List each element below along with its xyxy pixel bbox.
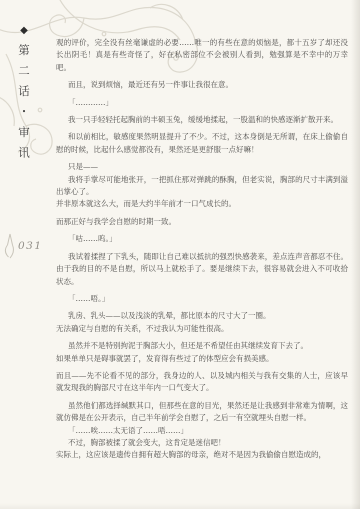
paragraph: 而那正好与我学会自慰的时期一致。 <box>56 216 348 228</box>
scan-edge-shadow <box>351 0 360 509</box>
paragraph: 我将手掌尽可能地张开，一把抓住那对弹跳的酥胸，但老实说，胸部的尺寸丰满到溢出掌心… <box>56 174 348 199</box>
page-number: 031 <box>18 240 43 252</box>
paragraph: 实际上，这应该是遗传自拥有超大胸部的母亲，绝对不是因为我偷偷自慰造成的， <box>56 449 348 461</box>
chapter-sidebar: ◆ 第二话・审讯 <box>17 26 31 167</box>
paragraph: 虽然他们都选择缄默其口，但那些在意的目光，果然还是让我感到非常难为情啊，这就仿佛… <box>56 400 348 425</box>
paragraph: 虽然并不是特别拘泥于胸部大小，但还是不希望任由其继续发育下去了。 <box>56 340 348 352</box>
dialogue-line: 「……唔。」 <box>56 293 348 305</box>
paragraph: 不过，胸部被揉了就会变大，这肯定是迷信吧！ <box>56 437 348 449</box>
paragraph: 无法确定与自慰的有关系，不过我认为可能性很高。 <box>56 323 348 335</box>
paragraph: 我一只手轻轻托起胸前的丰硕玉兔，缓缓地揉起，一股温和的快感逐渐扩散开来。 <box>56 114 348 126</box>
paragraph: 我试着揉捏了下乳头，随即让自己难以抵抗的强烈快感袭来，差点连声音都忍不住。由于我… <box>56 251 348 288</box>
chapter-title-vertical: 第二话・审讯 <box>17 44 31 167</box>
scan-bottom-shadow <box>0 503 360 509</box>
paragraph: 乳房、乳头——以及浅淡的乳晕，都比原本的尺寸大了一圈。 <box>56 310 348 322</box>
paragraph: 只是—— <box>56 161 348 173</box>
paragraph: 而且，说到烦恼，最近还有另一件事让我很在意。 <box>56 79 348 91</box>
page-number-block: 031 <box>3 233 43 259</box>
paragraph: 和以前相比，敏感度果然明显提升了不少。不过，这本身倒是无所谓，在床上偷偷自慰的时… <box>56 131 348 156</box>
novel-text: 观的评价，完全没有丝毫谦虚的必要……唯一的有些在意的烦恼是，都十五岁了却还没长出… <box>56 37 348 462</box>
paragraph: 并非原本就这么大，而是大约半年前才一口气成长的。 <box>56 198 348 210</box>
paragraph: 观的评价，完全没有丝毫谦虚的必要……唯一的有些在意的烦恼是，都十五岁了却还没长出… <box>56 37 348 74</box>
page-number-flourish-icon <box>3 233 16 259</box>
novel-page: ◆ 第二话・审讯 031 观的评价，完全没有丝毫谦虚的必要……唯一的有些在意的烦… <box>0 0 360 509</box>
chapter-diamond-icon: ◆ <box>20 26 28 36</box>
dialogue-line: 「……唉……太无语了……唔……」 <box>56 425 348 437</box>
dialogue-line: 「…………」 <box>56 97 348 109</box>
paragraph: 如果单单只是碍事就罢了，发育得有些过了的体型应会有损美感。 <box>56 353 348 365</box>
paragraph: 而且——先不论看不见的部分，我身边的人、以及城内相关与我有交集的人士，应该早就发… <box>56 370 348 395</box>
dialogue-line: 「咕……呜。」 <box>56 233 348 245</box>
